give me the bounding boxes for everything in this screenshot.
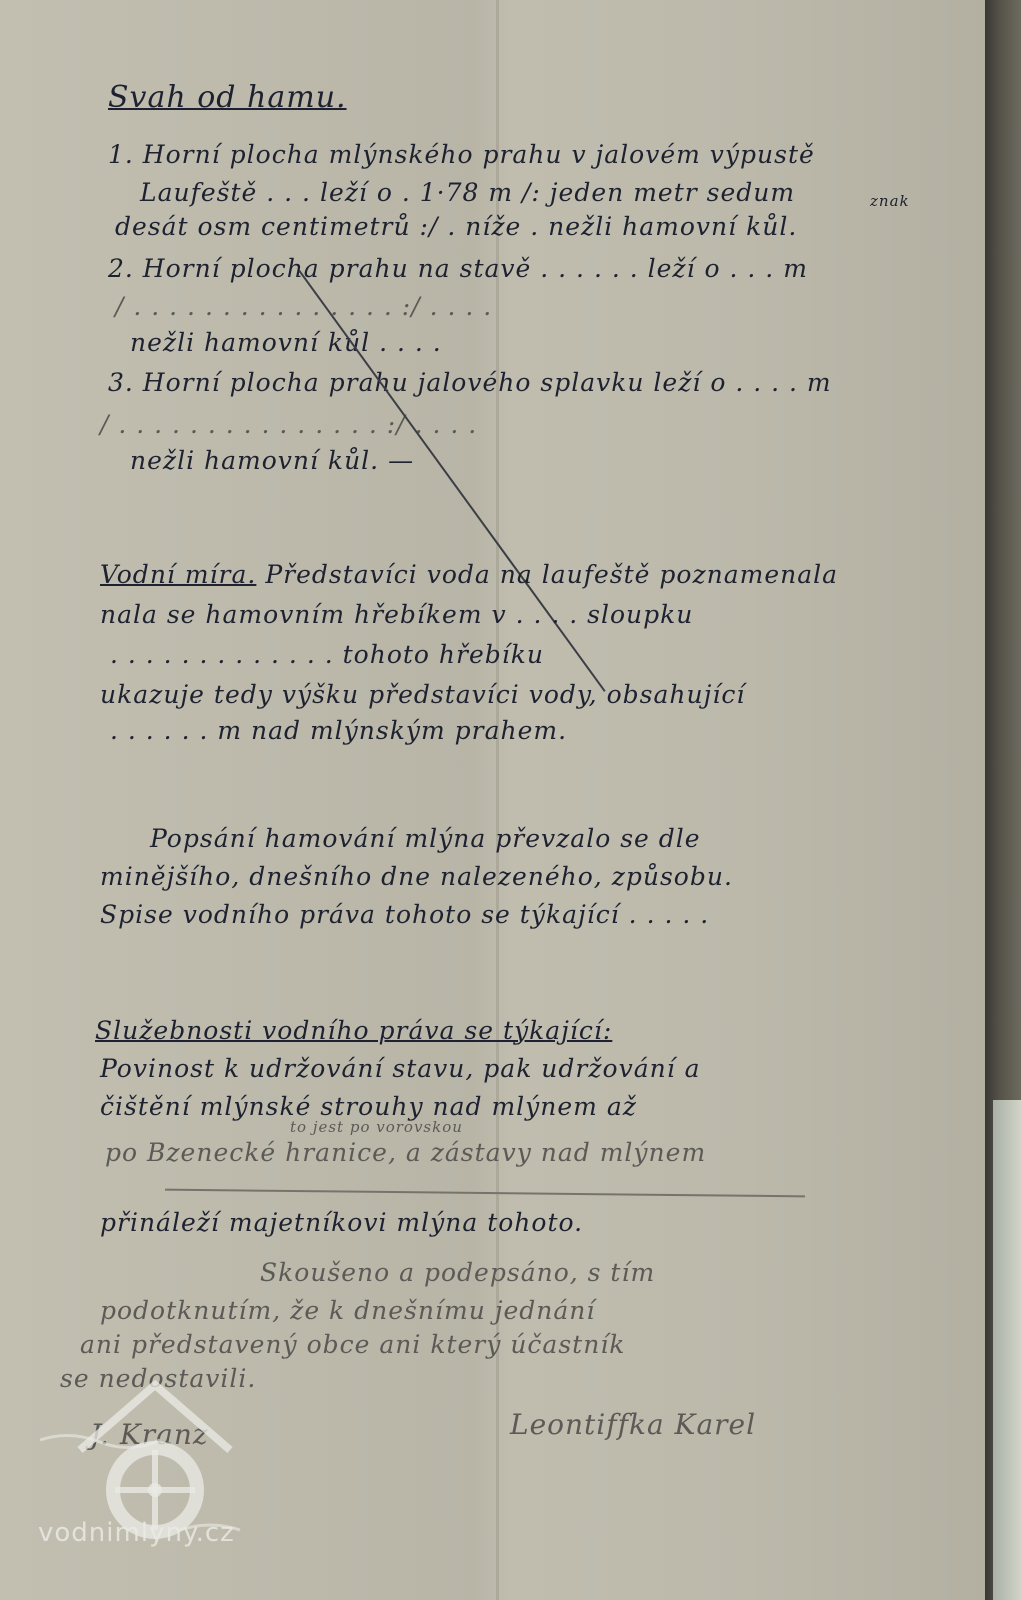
vodni-myra-line-1: Vodní míra. Představíci voda na laufeště… — [100, 560, 838, 589]
vodni-myra-line-4: ukazuje tedy výšku představíci vody, obs… — [100, 680, 745, 709]
popsani-line-1: Popsání hamování mlýna převzalo se dle — [150, 824, 701, 853]
svah-line-8: / . . . . . . . . . . . . . . . :/ . . .… — [100, 410, 477, 439]
svah-line-6: nežli hamovní kůl . . . . — [130, 328, 442, 357]
signature-right: Leontiffka Karel — [510, 1408, 756, 1441]
svah-line-2: Laufeště . . . leží o . 1·78 m /: jeden … — [140, 178, 795, 207]
section-heading-vodni-myra: Vodní míra. — [100, 560, 256, 589]
vodni-myra-text-1: Představíci voda na laufeště poznamenala — [265, 560, 838, 589]
closing-line-2: podotknutím, že k dnešnímu jednání — [100, 1296, 595, 1325]
popsani-line-3: Spise vodního práva tohoto se týkající .… — [100, 900, 709, 929]
svah-line-7: 3. Horní plocha prahu jalového splavku l… — [108, 368, 832, 397]
sluzebnosti-line-1: Povinost k udržování stavu, pak udržován… — [100, 1054, 701, 1083]
sluzebnosti-line-2: čištění mlýnské strouhy nad mlýnem až — [100, 1092, 637, 1121]
watermark-text: vodnimlyny.cz — [38, 1518, 235, 1548]
svah-line-3: desát osm centimetrů :/ . níže . nežli h… — [115, 212, 797, 241]
closing-line-3: ani představený obce ani který účastník — [80, 1330, 625, 1359]
vodni-myra-line-3: . . . . . . . . . . . . . tohoto hřebíku — [110, 640, 544, 669]
section-heading-svah: Svah od hamu. — [108, 80, 347, 115]
svah-line-9: nežli hamovní kůl. — — [130, 446, 414, 475]
popsani-line-2: minějšího, dnešního dne nalezeného, způs… — [100, 862, 733, 891]
section-heading-sluzebnosti: Služebnosti vodního práva se týkající: — [95, 1016, 612, 1045]
svah-line-5: / . . . . . . . . . . . . . . . :/ . . .… — [115, 292, 492, 321]
closing-line-1: Skoušeno a podepsáno, s tím — [260, 1258, 655, 1287]
sluzebnosti-insert: to jest po vorovskou — [290, 1118, 463, 1136]
page-edge — [985, 0, 1021, 1600]
svah-line-4: 2. Horní plocha prahu na stavě . . . . .… — [108, 254, 808, 283]
sluzebnosti-line-4: přináleží majetníkovi mlýna tohoto. — [100, 1208, 583, 1237]
vodni-myra-line-2: nala se hamovním hřebíkem v . . . . slou… — [100, 600, 693, 629]
svah-line-1: 1. Horní plocha mlýnského prahu v jalové… — [108, 140, 815, 169]
underlying-sheet — [993, 1100, 1021, 1600]
svah-insert-znak: znak — [870, 192, 910, 210]
sluzebnosti-line-3: po Bzenecké hranice, a zástavy nad mlýne… — [105, 1138, 706, 1167]
vodni-myra-line-5: . . . . . . m nad mlýnským prahem. — [110, 716, 567, 745]
